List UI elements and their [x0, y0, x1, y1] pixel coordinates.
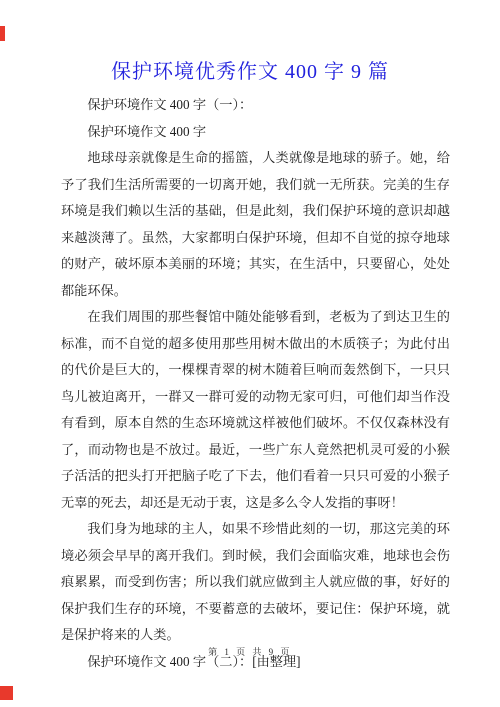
paragraph-section-heading: 保护环境作文 400 字（一）：	[61, 92, 450, 119]
paragraph-subheading: 保护环境作文 400 字	[61, 119, 450, 146]
paragraph: 在我们周围的那些餐馆中随处能够看到，老板为了到达卫生的标准，而不自觉的超多使用那…	[61, 304, 450, 516]
page-number-footer: 第 1 页 共 9 页	[0, 645, 500, 658]
red-marker-bottom-left	[0, 686, 13, 700]
document-page: 保护环境优秀作文 400 字 9 篇 保护环境作文 400 字（一）： 保护环境…	[0, 0, 500, 707]
red-marker-top-left	[0, 26, 5, 41]
document-title: 保护环境优秀作文 400 字 9 篇	[0, 55, 500, 84]
paragraph: 我们身为地球的主人，如果不珍惜此刻的一切，那这完美的环境必须会早早的离开我们。到…	[61, 516, 450, 649]
paragraph: 地球母亲就像是生命的摇篮，人类就像是地球的骄子。她，给予了我们生活所需要的一切离…	[61, 145, 450, 304]
document-body: 保护环境作文 400 字（一）： 保护环境作文 400 字 地球母亲就像是生命的…	[61, 92, 450, 675]
